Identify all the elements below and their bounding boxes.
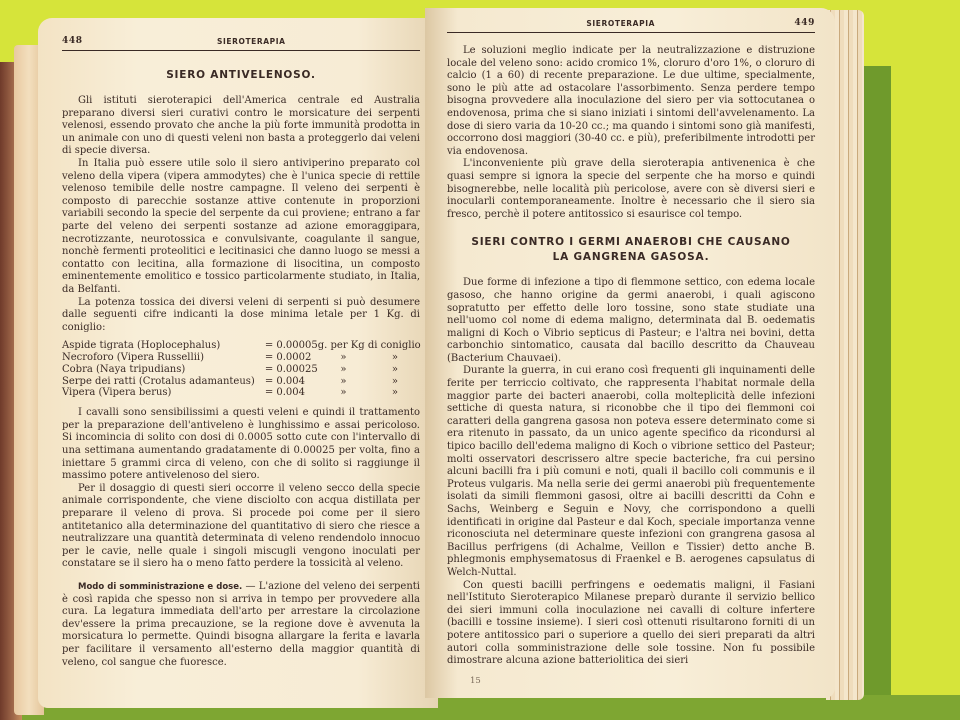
table-row: Necroforo (Vipera Russellii) = 0.0002 » …	[62, 352, 421, 364]
subsection-heading: Modo di somministrazione e dose.	[78, 582, 242, 592]
running-head-title: SIEROTERAPIA	[586, 19, 655, 28]
paragraph: I cavalli sono sensibilissimi a questi v…	[62, 407, 420, 483]
table-row: Serpe dei ratti (Crotalus adamanteus) = …	[62, 376, 421, 388]
paragraph: Due forme di infezione a tipo di flemmon…	[447, 277, 815, 365]
paragraph: Con questi bacilli perfringens e oedemat…	[447, 580, 815, 668]
right-page: SIEROTERAPIA 449 Le soluzioni meglio ind…	[425, 8, 835, 698]
paragraph: Le soluzioni meglio indicate per la neut…	[447, 45, 815, 158]
left-page: 448 SIEROTERAPIA SIERO ANTIVELENOSO. Gli…	[38, 18, 438, 708]
page-number: 449	[794, 18, 815, 28]
table-row: Cobra (Naya tripudians) = 0.00025 » »	[62, 364, 421, 376]
paragraph: La potenza tossica dei diversi veleni di…	[62, 297, 420, 335]
subsection-paragraph: Modo di somministrazione e dose. — L'azi…	[62, 581, 420, 669]
signature-mark: 15	[470, 676, 481, 686]
toxicity-table: Aspide tigrata (Hoplocephalus) = 0.00005…	[62, 340, 421, 399]
paragraph: L'inconveniente più grave della sieroter…	[447, 158, 815, 221]
page-number: 448	[62, 36, 83, 46]
paragraph: Gli istituti sieroterapici dell'America …	[62, 95, 420, 158]
table-row: Vipera (Vipera berus) = 0.004 » »	[62, 387, 421, 399]
running-head-right: SIEROTERAPIA 449	[447, 18, 815, 33]
running-head-left: 448 SIEROTERAPIA	[62, 36, 420, 51]
running-head-title: SIEROTERAPIA	[217, 37, 286, 46]
paragraph: Durante la guerra, in cui erano così fre…	[447, 365, 815, 579]
section-title: SIERO ANTIVELENOSO.	[62, 69, 420, 81]
subsection-text: — L'azione del veleno dei serpenti è cos…	[62, 581, 420, 668]
section-title: SIERI CONTRO I GERMI ANAEROBI CHE CAUSAN…	[447, 235, 815, 265]
table-row: Aspide tigrata (Hoplocephalus) = 0.00005…	[62, 340, 421, 352]
paragraph: In Italia può essere utile solo il siero…	[62, 158, 420, 297]
paragraph: Per il dosaggio di questi sieri occorre …	[62, 483, 420, 571]
